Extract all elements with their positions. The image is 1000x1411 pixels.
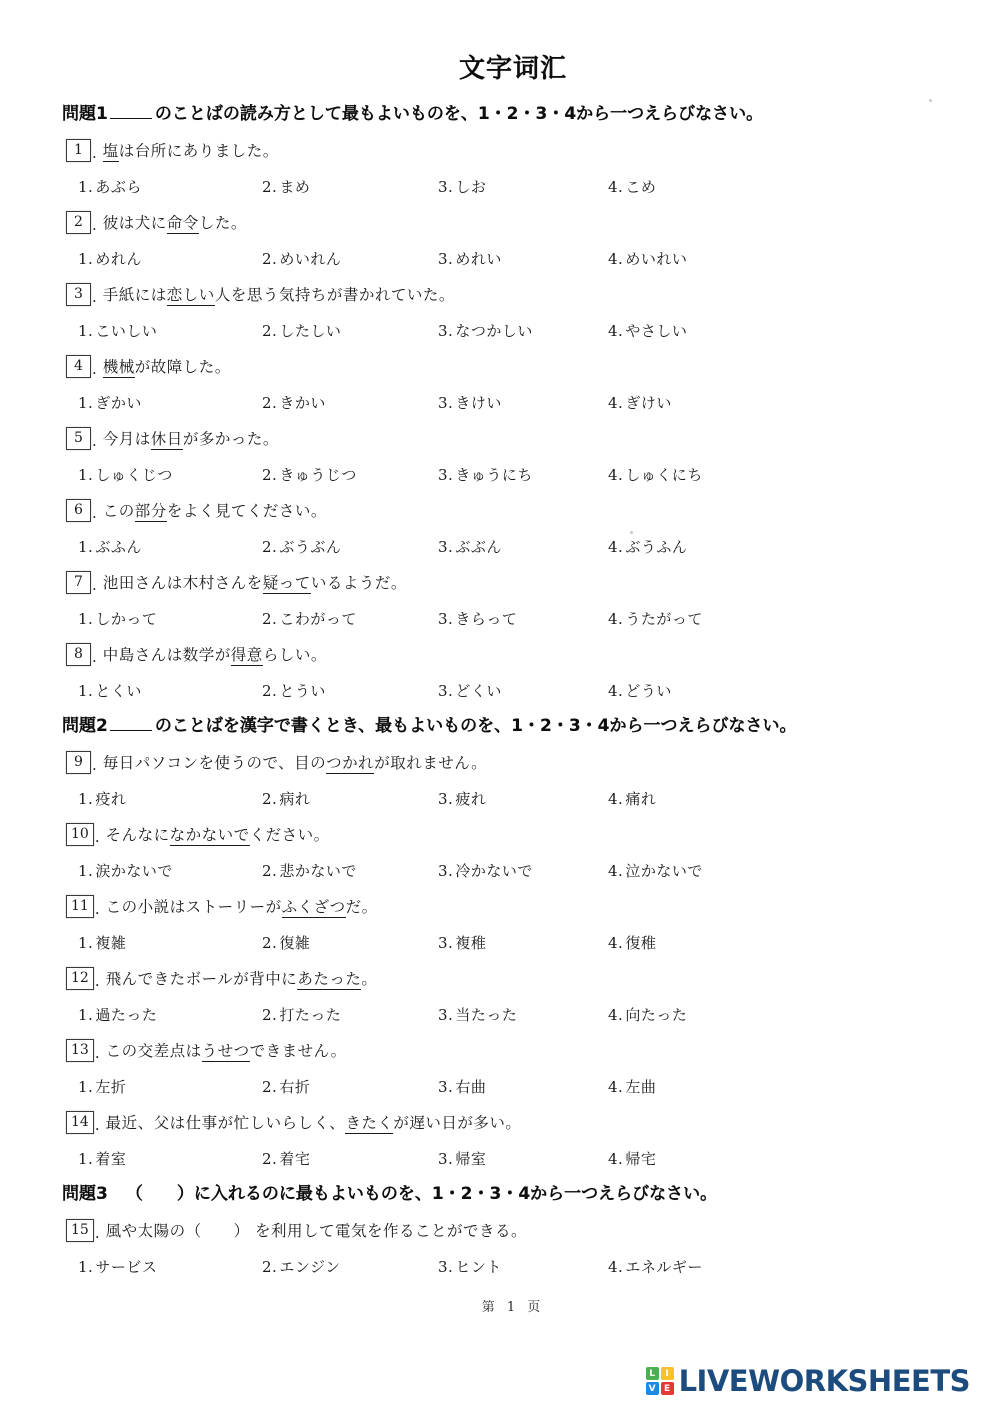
option-label: 向たった bbox=[625, 1006, 687, 1024]
options-row: 1.ぎかい 2.きかい 3.きけい 4.ぎけい bbox=[62, 384, 964, 420]
option-label: 複稚 bbox=[455, 934, 486, 952]
options-row: 1.涙かないで 2.悲かないで 3.冷かないで 4.泣かないで bbox=[62, 852, 964, 888]
option-label: 疲れ bbox=[455, 790, 486, 808]
option-1[interactable]: 1.左折 bbox=[78, 1076, 262, 1097]
option-number: 2. bbox=[262, 1150, 277, 1168]
section-heading: 問題3（ ）に入れるのに最もよいものを、1・2・3・4から一つえらびなさい。 bbox=[62, 1176, 964, 1212]
option-number: 2. bbox=[262, 322, 277, 340]
option-4[interactable]: 4.左曲 bbox=[608, 1076, 964, 1097]
question-number-dot: . bbox=[95, 972, 100, 990]
option-label: 着室 bbox=[95, 1150, 126, 1168]
question-number-box: 2 bbox=[66, 211, 91, 234]
option-label: 泣かないで bbox=[625, 862, 703, 880]
sentence-pre: 飛んできたボールが背中に bbox=[106, 970, 298, 988]
option-label: めれん bbox=[95, 250, 142, 268]
options-row: 1.複雑 2.復雑 3.複稚 4.復稚 bbox=[62, 924, 964, 960]
option-3[interactable]: 3.どくい bbox=[438, 680, 608, 701]
question-number-box: 3 bbox=[66, 283, 91, 306]
option-number: 3. bbox=[438, 934, 453, 952]
question-sentence-row: 8 . 中島さんは数学が得意らしい。 bbox=[62, 636, 964, 672]
heading-blank-line bbox=[110, 716, 152, 731]
option-number: 3. bbox=[438, 322, 453, 340]
underlined-word: 疑って bbox=[263, 574, 311, 594]
option-label: ぶうふん bbox=[625, 538, 687, 556]
question-number-box: 5 bbox=[66, 427, 91, 450]
question-number-box: 7 bbox=[66, 571, 91, 594]
underlined-word: 命令 bbox=[167, 214, 199, 234]
option-4[interactable]: 4.泣かないで bbox=[608, 860, 964, 881]
question-sentence: 最近、父は仕事が忙しいらしく、きたくが遅い日が多い。 bbox=[106, 1111, 522, 1133]
option-3[interactable]: 3.きゅうにち bbox=[438, 464, 608, 485]
sentence-pre: 彼は犬に bbox=[103, 214, 167, 232]
question-sentence: そんなになかないでください。 bbox=[106, 823, 330, 845]
option-3[interactable]: 3.めれい bbox=[438, 248, 608, 269]
option-4[interactable]: 4.しゅくにち bbox=[608, 464, 964, 485]
option-label: 着宅 bbox=[279, 1150, 310, 1168]
question-sentence: 今月は休日が多かった。 bbox=[103, 427, 279, 449]
liveworksheets-tiles-icon: LIVE bbox=[646, 1367, 674, 1395]
question-number-dot: . bbox=[95, 1116, 100, 1134]
question-number-box: 1 bbox=[66, 139, 91, 162]
sentence-post: が多かった。 bbox=[183, 430, 279, 448]
sentence-pre: 風や太陽の（ ） を利用して電気を作ることができる。 bbox=[106, 1222, 527, 1240]
question-sentence: 中島さんは数学が得意らしい。 bbox=[103, 643, 327, 665]
option-label: きけい bbox=[455, 394, 502, 412]
option-number: 4. bbox=[608, 538, 623, 556]
option-number: 3. bbox=[438, 682, 453, 700]
option-number: 3. bbox=[438, 178, 453, 196]
option-label: ぶうぶん bbox=[279, 538, 341, 556]
option-label: エネルギー bbox=[625, 1258, 703, 1276]
option-number: 4. bbox=[608, 682, 623, 700]
option-label: どうい bbox=[625, 682, 672, 700]
question-number-box: 14 bbox=[66, 1111, 94, 1134]
option-label: こいしい bbox=[95, 322, 157, 340]
option-number: 4. bbox=[608, 1078, 623, 1096]
option-2[interactable]: 2.きかい bbox=[262, 392, 438, 413]
options-row: 1.疫れ 2.病れ 3.疲れ 4.痛れ bbox=[62, 780, 964, 816]
section-heading-text: のことばの読み方として最もよいものを、1・2・3・4から一つえらびなさい。 bbox=[155, 104, 763, 124]
option-1[interactable]: 1.ぶふん bbox=[78, 536, 262, 557]
option-1[interactable]: 1.サービス bbox=[78, 1256, 262, 1277]
option-2[interactable]: 2.こわがって bbox=[262, 608, 438, 629]
page-title: 文字词汇 bbox=[62, 50, 964, 88]
option-label: めれい bbox=[455, 250, 502, 268]
question-sentence-row: 3 . 手紙には恋しい人を思う気持ちが書かれていた。 bbox=[62, 276, 964, 312]
logo-tile-v: V bbox=[646, 1382, 659, 1395]
question-sentence-row: 9 . 毎日パソコンを使うので、目のつかれが取れません。 bbox=[62, 744, 964, 780]
option-number: 4. bbox=[608, 610, 623, 628]
question-sentence: 機械が故障した。 bbox=[103, 355, 231, 377]
option-label: きゅうにち bbox=[455, 466, 533, 484]
option-label: きゅうじつ bbox=[279, 466, 357, 484]
option-label: ぶぶん bbox=[455, 538, 502, 556]
worksheet-page: 文字词汇 問題1のことばの読み方として最もよいものを、1・2・3・4から一つえら… bbox=[0, 0, 1000, 1315]
option-number: 3. bbox=[438, 466, 453, 484]
option-4[interactable]: 4.こめ bbox=[608, 176, 964, 197]
sentence-post: した。 bbox=[199, 214, 247, 232]
sentence-post: 。 bbox=[361, 970, 377, 988]
underlined-word: 機械 bbox=[103, 358, 135, 378]
question-number-dot: . bbox=[92, 648, 97, 666]
option-4[interactable]: 4.うたがって bbox=[608, 608, 964, 629]
option-number: 2. bbox=[262, 178, 277, 196]
options-row: 1.サービス 2.エンジン 3.ヒント 4.エネルギー bbox=[62, 1248, 964, 1284]
question-sentence: 手紙には恋しい人を思う気持ちが書かれていた。 bbox=[103, 283, 455, 305]
section-heading-label: 問題1 bbox=[62, 104, 108, 124]
option-4[interactable]: 4.痛れ bbox=[608, 788, 964, 809]
option-number: 4. bbox=[608, 1258, 623, 1276]
question-number-box: 6 bbox=[66, 499, 91, 522]
question-sentence-row: 13 . この交差点はうせつできません。 bbox=[62, 1032, 964, 1068]
options-row: 1.めれん 2.めいれん 3.めれい 4.めいれい bbox=[62, 240, 964, 276]
option-label: とうい bbox=[279, 682, 326, 700]
option-label: こめ bbox=[625, 178, 656, 196]
option-label: きらって bbox=[455, 610, 517, 628]
options-row: 1.しゅくじつ 2.きゅうじつ 3.きゅうにち 4.しゅくにち bbox=[62, 456, 964, 492]
question-number-dot: . bbox=[92, 288, 97, 306]
logo-tile-l: L bbox=[646, 1367, 659, 1380]
option-number: 1. bbox=[78, 1078, 93, 1096]
option-label: うたがって bbox=[625, 610, 703, 628]
option-number: 1. bbox=[78, 322, 93, 340]
options-row: 1.着室 2.着宅 3.帰室 4.帰宅 bbox=[62, 1140, 964, 1176]
option-2[interactable]: 2.まめ bbox=[262, 176, 438, 197]
option-4[interactable]: 4.やさしい bbox=[608, 320, 964, 341]
underlined-word: きたく bbox=[345, 1114, 393, 1134]
option-number: 2. bbox=[262, 1006, 277, 1024]
option-number: 3. bbox=[438, 394, 453, 412]
question-number-box: 15 bbox=[66, 1219, 94, 1242]
option-number: 2. bbox=[262, 250, 277, 268]
question-sentence: 彼は犬に命令した。 bbox=[103, 211, 247, 233]
option-number: 2. bbox=[262, 934, 277, 952]
options-row: 1.とくい 2.とうい 3.どくい 4.どうい bbox=[62, 672, 964, 708]
sentence-pre: この小説はストーリーが bbox=[106, 898, 282, 916]
question-sentence: この交差点はうせつできません。 bbox=[106, 1039, 347, 1061]
sentence-post: が遅い日が多い。 bbox=[393, 1114, 521, 1132]
option-1[interactable]: 1.めれん bbox=[78, 248, 262, 269]
question-sentence-row: 1 . 塩は台所にありました。 bbox=[62, 132, 964, 168]
option-number: 1. bbox=[78, 538, 93, 556]
sentence-pre: 池田さんは木村さんを bbox=[103, 574, 263, 592]
option-1[interactable]: 1.あぶら bbox=[78, 176, 262, 197]
option-label: きかい bbox=[279, 394, 326, 412]
question-sentence-row: 11 . この小説はストーリーがふくざつだ。 bbox=[62, 888, 964, 924]
option-number: 3. bbox=[438, 1006, 453, 1024]
option-1[interactable]: 1.しかって bbox=[78, 608, 262, 629]
option-number: 3. bbox=[438, 538, 453, 556]
sentence-pre: 最近、父は仕事が忙しいらしく、 bbox=[106, 1114, 346, 1132]
sentence-post: ください。 bbox=[250, 826, 330, 844]
question-sentence-row: 10 . そんなになかないでください。 bbox=[62, 816, 964, 852]
option-label: ぶふん bbox=[95, 538, 142, 556]
scan-artifact bbox=[630, 531, 633, 534]
sentence-post: が取れません。 bbox=[374, 754, 487, 772]
option-label: 左曲 bbox=[625, 1078, 656, 1096]
underlined-word: ふくざつ bbox=[282, 898, 346, 918]
question-number-dot: . bbox=[92, 576, 97, 594]
option-3[interactable]: 3.ぶぶん bbox=[438, 536, 608, 557]
option-number: 1. bbox=[78, 1258, 93, 1276]
option-1[interactable]: 1.疫れ bbox=[78, 788, 262, 809]
option-number: 4. bbox=[608, 250, 623, 268]
option-label: 当たった bbox=[455, 1006, 517, 1024]
option-3[interactable]: 3.きけい bbox=[438, 392, 608, 413]
question-number-dot: . bbox=[92, 756, 97, 774]
question-number-box: 13 bbox=[66, 1039, 94, 1062]
logo-tile-e: E bbox=[661, 1382, 674, 1395]
option-2[interactable]: 2.ぶうぶん bbox=[262, 536, 438, 557]
option-number: 3. bbox=[438, 610, 453, 628]
option-3[interactable]: 3.複稚 bbox=[438, 932, 608, 953]
option-number: 1. bbox=[78, 1006, 93, 1024]
sentence-pre: 毎日パソコンを使うので、目の bbox=[103, 754, 326, 772]
question-sentence: 風や太陽の（ ） を利用して電気を作ることができる。 bbox=[106, 1219, 527, 1241]
sentence-post: は台所にありました。 bbox=[119, 142, 279, 160]
option-number: 2. bbox=[262, 538, 277, 556]
question-sentence: この小説はストーリーがふくざつだ。 bbox=[106, 895, 378, 917]
option-label: 複雑 bbox=[95, 934, 126, 952]
option-number: 2. bbox=[262, 862, 277, 880]
question-number-box: 8 bbox=[66, 643, 91, 666]
option-3[interactable]: 3.帰室 bbox=[438, 1148, 608, 1169]
question-number-box: 12 bbox=[66, 967, 94, 990]
question-sentence: 毎日パソコンを使うので、目のつかれが取れません。 bbox=[103, 751, 487, 773]
option-number: 1. bbox=[78, 790, 93, 808]
option-number: 1. bbox=[78, 394, 93, 412]
logo-tile-i: I bbox=[661, 1367, 674, 1380]
question-number-dot: . bbox=[92, 216, 97, 234]
option-2[interactable]: 2.きゅうじつ bbox=[262, 464, 438, 485]
option-number: 4. bbox=[608, 934, 623, 952]
section-heading-label: 問題3 bbox=[62, 1184, 108, 1204]
option-label: しお bbox=[455, 178, 486, 196]
underlined-word: 部分 bbox=[135, 502, 167, 522]
option-label: 悲かないで bbox=[279, 862, 357, 880]
option-number: 3. bbox=[438, 1150, 453, 1168]
option-2[interactable]: 2.復雑 bbox=[262, 932, 438, 953]
question-sentence-row: 12 . 飛んできたボールが背中にあたった。 bbox=[62, 960, 964, 996]
option-number: 1. bbox=[78, 934, 93, 952]
option-number: 2. bbox=[262, 790, 277, 808]
options-row: 1.こいしい 2.したしい 3.なつかしい 4.やさしい bbox=[62, 312, 964, 348]
sentence-pre: 手紙には bbox=[103, 286, 167, 304]
underlined-word: 恋しい bbox=[167, 286, 215, 306]
question-number-box: 4 bbox=[66, 355, 91, 378]
sentence-post: 人を思う気持ちが書かれていた。 bbox=[215, 286, 455, 304]
option-number: 2. bbox=[262, 394, 277, 412]
underlined-word: 休日 bbox=[151, 430, 183, 450]
question-sentence-row: 5 . 今月は休日が多かった。 bbox=[62, 420, 964, 456]
options-row: 1.左折 2.右折 3.右曲 4.左曲 bbox=[62, 1068, 964, 1104]
sentence-post: が故障した。 bbox=[135, 358, 231, 376]
underlined-word: なかないで bbox=[170, 826, 250, 846]
question-number-dot: . bbox=[92, 432, 97, 450]
heading-blank-line bbox=[110, 104, 152, 119]
option-label: 病れ bbox=[279, 790, 310, 808]
liveworksheets-logo[interactable]: LIVE LIVEWORKSHEETS bbox=[646, 1364, 970, 1398]
option-2[interactable]: 2.打たった bbox=[262, 1004, 438, 1025]
option-1[interactable]: 1.過たった bbox=[78, 1004, 262, 1025]
option-label: まめ bbox=[279, 178, 310, 196]
liveworksheets-wordmark: LIVEWORKSHEETS bbox=[679, 1364, 970, 1398]
sentence-post: いるようだ。 bbox=[311, 574, 407, 592]
option-number: 3. bbox=[438, 250, 453, 268]
option-2[interactable]: 2.めいれん bbox=[262, 248, 438, 269]
option-2[interactable]: 2.病れ bbox=[262, 788, 438, 809]
sentence-post: をよく見てください。 bbox=[167, 502, 327, 520]
question-sentence-row: 15 . 風や太陽の（ ） を利用して電気を作ることができる。 bbox=[62, 1212, 964, 1248]
option-4[interactable]: 4.めいれい bbox=[608, 248, 964, 269]
question-number-dot: . bbox=[95, 828, 100, 846]
question-sentence-row: 7 . 池田さんは木村さんを疑っているようだ。 bbox=[62, 564, 964, 600]
option-number: 1. bbox=[78, 610, 93, 628]
worksheet-body: 問題1のことばの読み方として最もよいものを、1・2・3・4から一つえらびなさい。… bbox=[62, 96, 964, 1284]
option-number: 4. bbox=[608, 322, 623, 340]
option-2[interactable]: 2.エンジン bbox=[262, 1256, 438, 1277]
sentence-post: できません。 bbox=[250, 1042, 347, 1060]
section-heading: 問題2のことばを漢字で書くとき、最もよいものを、1・2・3・4から一つえらびなさ… bbox=[62, 708, 964, 744]
option-label: 涙かないで bbox=[95, 862, 173, 880]
option-label: めいれん bbox=[279, 250, 341, 268]
question-number-dot: . bbox=[95, 1044, 100, 1062]
option-number: 1. bbox=[78, 682, 93, 700]
option-label: 打たった bbox=[279, 1006, 341, 1024]
section-heading-text: のことばを漢字で書くとき、最もよいものを、1・2・3・4から一つえらびなさい。 bbox=[155, 716, 797, 736]
options-row: 1.しかって 2.こわがって 3.きらって 4.うたがって bbox=[62, 600, 964, 636]
option-number: 1. bbox=[78, 1150, 93, 1168]
question-number-dot: . bbox=[92, 144, 97, 162]
option-number: 2. bbox=[262, 1258, 277, 1276]
option-label: ヒント bbox=[455, 1258, 502, 1276]
option-number: 3. bbox=[438, 1258, 453, 1276]
question-number-box: 11 bbox=[66, 895, 94, 918]
option-number: 1. bbox=[78, 178, 93, 196]
option-3[interactable]: 3.当たった bbox=[438, 1004, 608, 1025]
option-4[interactable]: 4.どうい bbox=[608, 680, 964, 701]
option-4[interactable]: 4.帰宅 bbox=[608, 1148, 964, 1169]
option-number: 1. bbox=[78, 250, 93, 268]
option-2[interactable]: 2.悲かないで bbox=[262, 860, 438, 881]
option-label: 右折 bbox=[279, 1078, 310, 1096]
option-2[interactable]: 2.とうい bbox=[262, 680, 438, 701]
scan-artifact bbox=[929, 99, 932, 102]
question-number-box: 10 bbox=[66, 823, 94, 846]
option-1[interactable]: 1.とくい bbox=[78, 680, 262, 701]
option-label: しかって bbox=[95, 610, 157, 628]
section-heading-label: 問題2 bbox=[62, 716, 108, 736]
question-sentence: 池田さんは木村さんを疑っているようだ。 bbox=[103, 571, 407, 593]
option-label: しゅくにち bbox=[625, 466, 703, 484]
question-number-dot: . bbox=[92, 360, 97, 378]
option-label: 帰宅 bbox=[625, 1150, 656, 1168]
question-number-box: 9 bbox=[66, 751, 91, 774]
option-3[interactable]: 3.疲れ bbox=[438, 788, 608, 809]
option-label: したしい bbox=[279, 322, 341, 340]
option-label: なつかしい bbox=[455, 322, 533, 340]
option-label: 冷かないで bbox=[455, 862, 533, 880]
options-row: 1.ぶふん 2.ぶうぶん 3.ぶぶん 4.ぶうふん bbox=[62, 528, 964, 564]
underlined-word: つかれ bbox=[326, 754, 374, 774]
option-label: ぎかい bbox=[95, 394, 142, 412]
option-label: 痛れ bbox=[625, 790, 656, 808]
underlined-word: 塩 bbox=[103, 142, 119, 162]
option-number: 2. bbox=[262, 610, 277, 628]
option-1[interactable]: 1.複雑 bbox=[78, 932, 262, 953]
option-2[interactable]: 2.右折 bbox=[262, 1076, 438, 1097]
sentence-post: だ。 bbox=[346, 898, 378, 916]
option-label: どくい bbox=[455, 682, 502, 700]
option-3[interactable]: 3.ヒント bbox=[438, 1256, 608, 1277]
option-3[interactable]: 3.きらって bbox=[438, 608, 608, 629]
question-sentence-row: 6 . この部分をよく見てください。 bbox=[62, 492, 964, 528]
options-row: 1.あぶら 2.まめ 3.しお 4.こめ bbox=[62, 168, 964, 204]
option-label: 復稚 bbox=[625, 934, 656, 952]
option-label: 帰室 bbox=[455, 1150, 486, 1168]
underlined-word: あたった bbox=[297, 970, 361, 990]
option-3[interactable]: 3.しお bbox=[438, 176, 608, 197]
option-label: 疫れ bbox=[95, 790, 126, 808]
sentence-post: らしい。 bbox=[263, 646, 327, 664]
option-3[interactable]: 3.冷かないで bbox=[438, 860, 608, 881]
option-4[interactable]: 4.復稚 bbox=[608, 932, 964, 953]
option-4[interactable]: 4.ぎけい bbox=[608, 392, 964, 413]
option-number: 2. bbox=[262, 682, 277, 700]
option-label: ぎけい bbox=[625, 394, 672, 412]
option-3[interactable]: 3.なつかしい bbox=[438, 320, 608, 341]
question-sentence: 飛んできたボールが背中にあたった。 bbox=[106, 967, 378, 989]
option-label: しゅくじつ bbox=[95, 466, 173, 484]
option-label: あぶら bbox=[95, 178, 142, 196]
option-number: 4. bbox=[608, 790, 623, 808]
option-label: こわがって bbox=[279, 610, 357, 628]
question-number-dot: . bbox=[95, 1224, 100, 1242]
option-label: やさしい bbox=[625, 322, 687, 340]
option-label: 左折 bbox=[95, 1078, 126, 1096]
option-1[interactable]: 1.こいしい bbox=[78, 320, 262, 341]
option-2[interactable]: 2.着宅 bbox=[262, 1148, 438, 1169]
option-number: 3. bbox=[438, 862, 453, 880]
option-1[interactable]: 1.ぎかい bbox=[78, 392, 262, 413]
section-heading-text: （ ）に入れるのに最もよいものを、1・2・3・4から一つえらびなさい。 bbox=[126, 1184, 717, 1204]
option-number: 2. bbox=[262, 466, 277, 484]
option-1[interactable]: 1.涙かないで bbox=[78, 860, 262, 881]
section-heading: 問題1のことばの読み方として最もよいものを、1・2・3・4から一つえらびなさい。 bbox=[62, 96, 964, 132]
question-number-dot: . bbox=[92, 504, 97, 522]
options-row: 1.過たった 2.打たった 3.当たった 4.向たった bbox=[62, 996, 964, 1032]
option-4[interactable]: 4.エネルギー bbox=[608, 1256, 964, 1277]
option-1[interactable]: 1.しゅくじつ bbox=[78, 464, 262, 485]
option-4[interactable]: 4.向たった bbox=[608, 1004, 964, 1025]
question-sentence: 塩は台所にありました。 bbox=[103, 139, 279, 161]
option-3[interactable]: 3.右曲 bbox=[438, 1076, 608, 1097]
option-number: 4. bbox=[608, 1006, 623, 1024]
option-2[interactable]: 2.したしい bbox=[262, 320, 438, 341]
option-number: 1. bbox=[78, 862, 93, 880]
option-number: 4. bbox=[608, 178, 623, 196]
option-4[interactable]: 4.ぶうふん bbox=[608, 536, 964, 557]
option-number: 1. bbox=[78, 466, 93, 484]
question-sentence-row: 14 . 最近、父は仕事が忙しいらしく、きたくが遅い日が多い。 bbox=[62, 1104, 964, 1140]
question-sentence-row: 4 . 機械が故障した。 bbox=[62, 348, 964, 384]
option-number: 4. bbox=[608, 862, 623, 880]
option-label: めいれい bbox=[625, 250, 687, 268]
page-number-footer: 第 1 页 bbox=[62, 1296, 964, 1315]
option-number: 4. bbox=[608, 1150, 623, 1168]
option-label: エンジン bbox=[279, 1258, 340, 1276]
option-1[interactable]: 1.着室 bbox=[78, 1148, 262, 1169]
